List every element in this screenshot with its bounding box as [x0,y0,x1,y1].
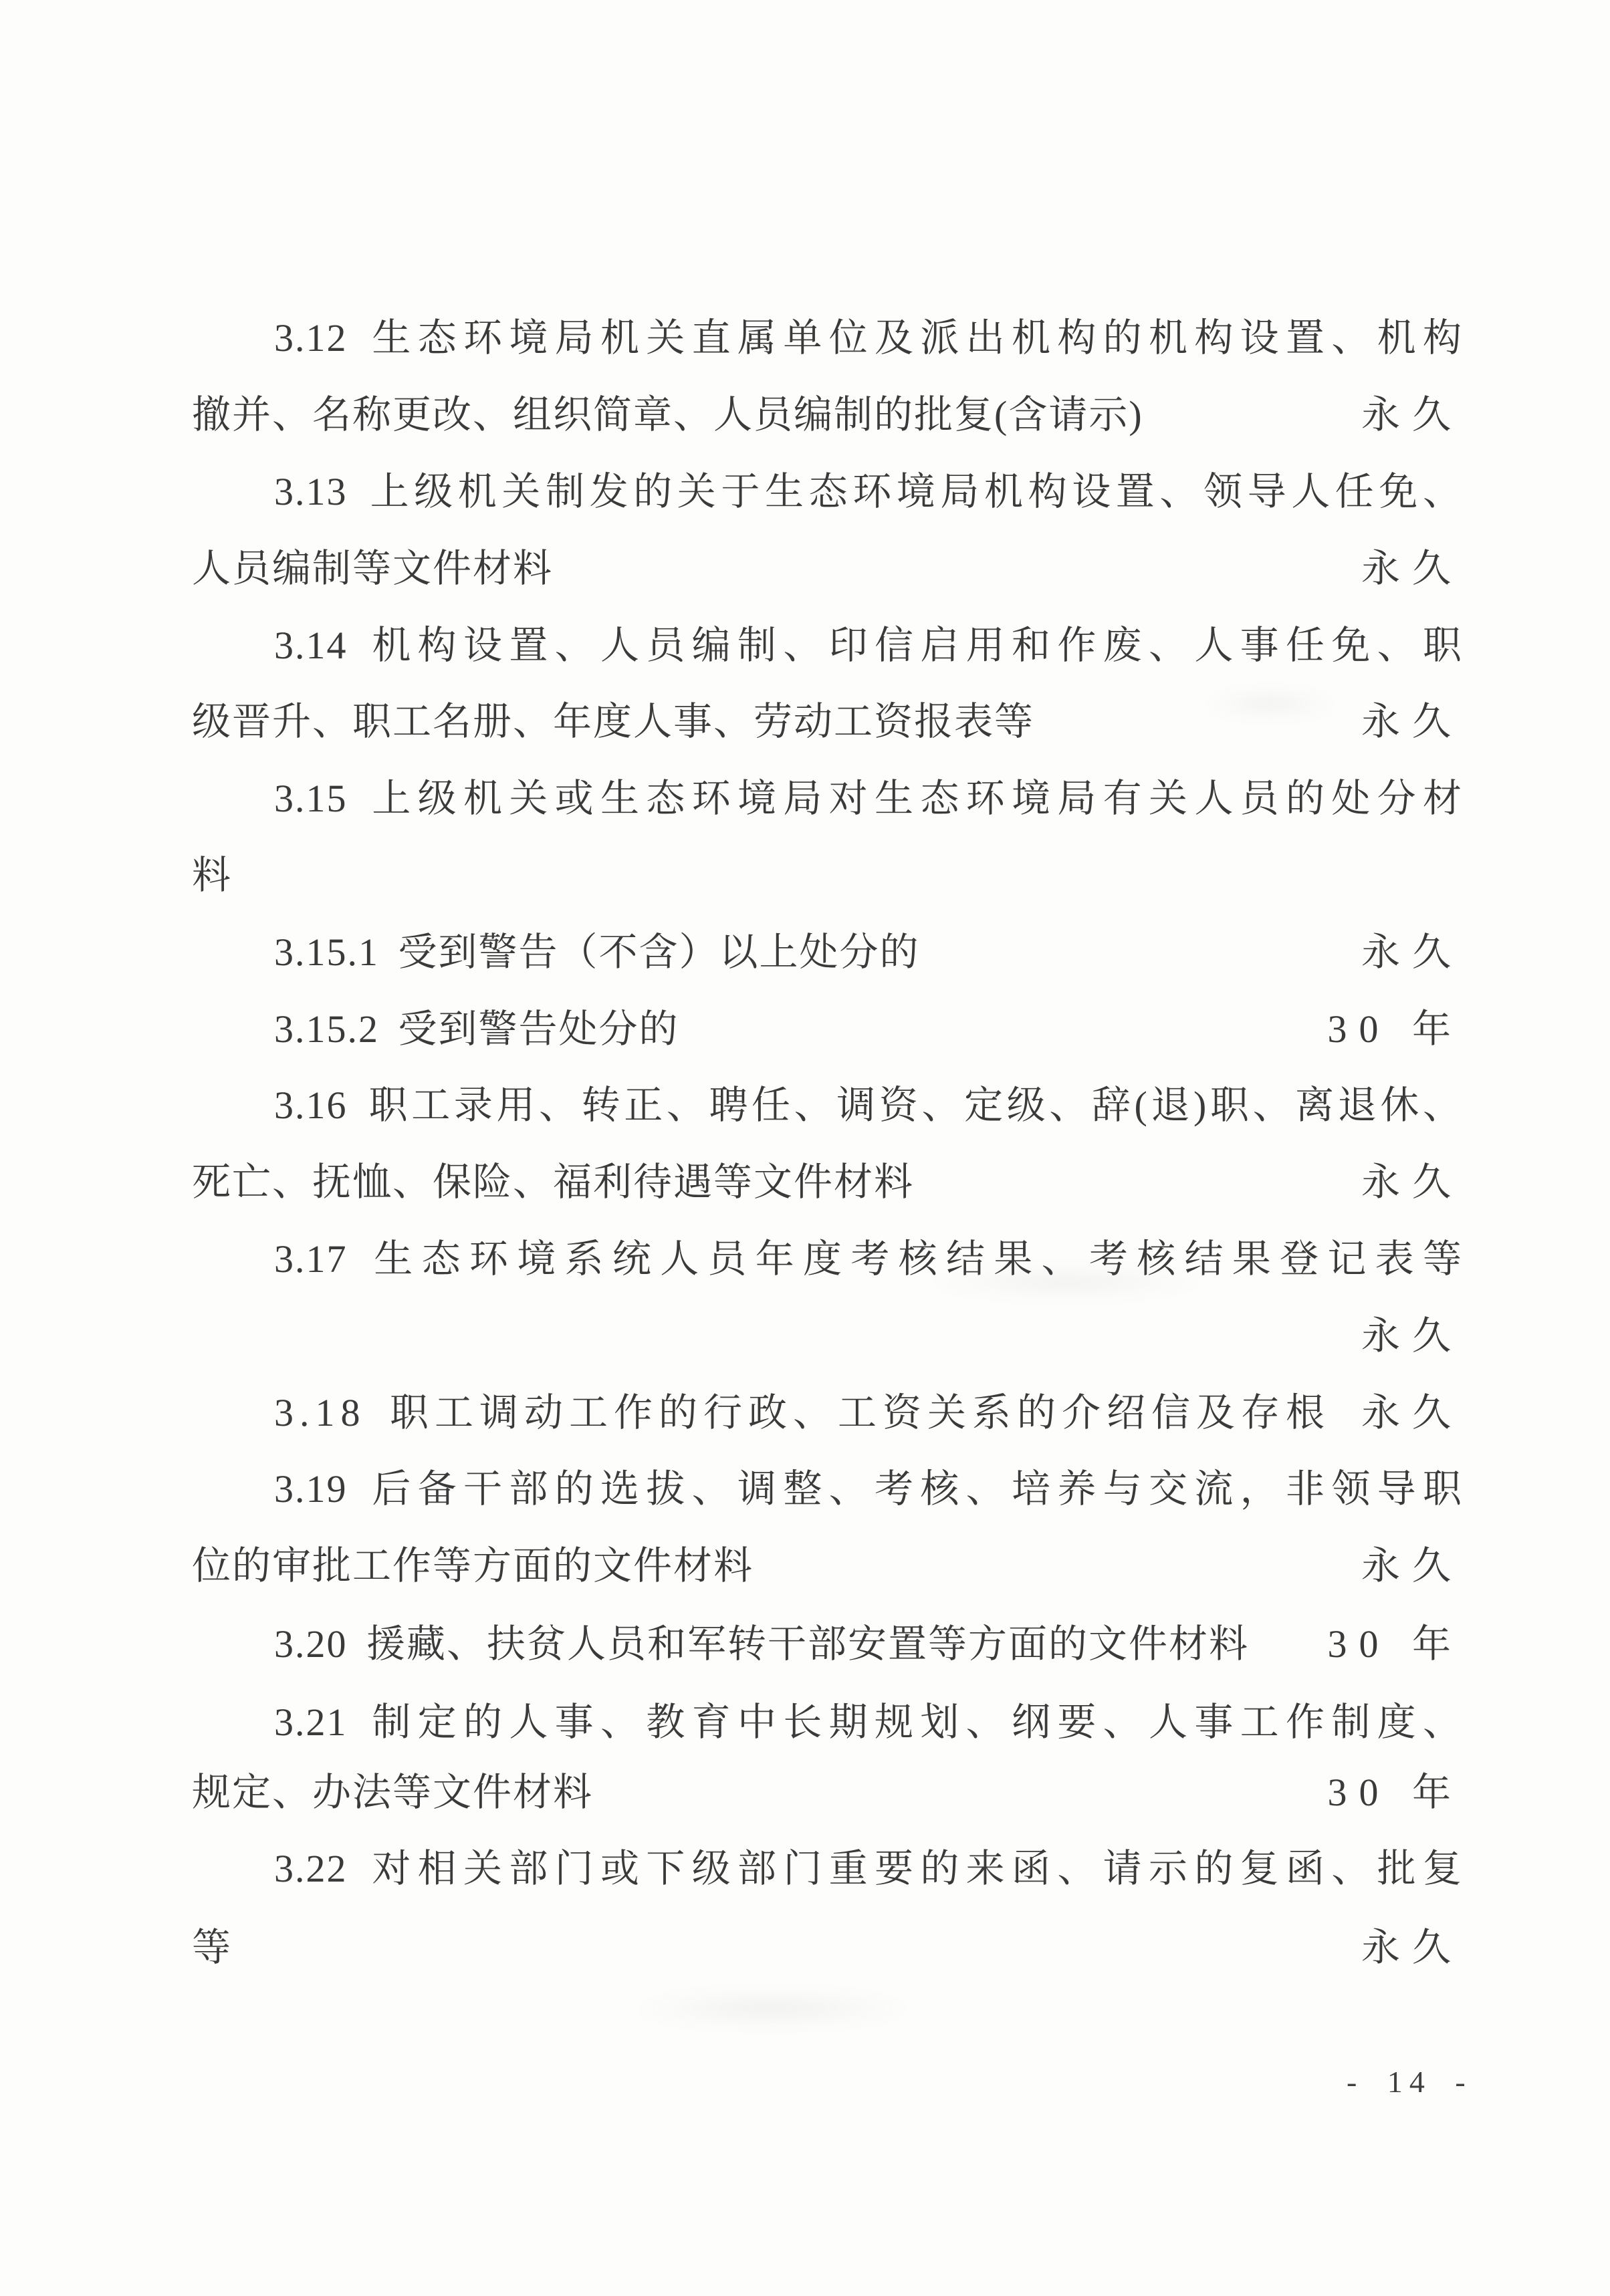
item-text: 等 [192,1926,232,1969]
doc-line-3.16: 3.16 职工录用、转正、聘任、调资、定级、辞(退)职、离退休、 [192,1084,1451,1127]
doc-line-3.22-cont: 等永久 [192,1926,1451,1969]
retention-label: 永久 [1361,1161,1463,1204]
item-text: 3.16 职工录用、转正、聘任、调资、定级、辞(退)职、离退休、 [274,1084,1463,1127]
doc-line-3.21: 3.21 制定的人事、教育中长期规划、纲要、人事工作制度、 [192,1701,1451,1744]
item-text: 3.12 生态环境局机关直属单位及派出机构的机构设置、机构 [274,317,1463,360]
doc-line-3.14: 3.14 机构设置、人员编制、印信启用和作废、人事任免、职 [192,624,1451,667]
item-text: 人员编制等文件材料 [192,547,553,590]
item-text: 3.13 上级机关制发的关于生态环境局机构设置、领导人任免、 [274,471,1463,513]
doc-line-3.21-cont: 规定、办法等文件材料30 年 [192,1771,1451,1814]
document-page: 3.12 生态环境局机关直属单位及派出机构的机构设置、机构 撤并、名称更改、组织… [0,0,1610,2296]
item-text: 3.21 制定的人事、教育中长期规划、纲要、人事工作制度、 [274,1701,1463,1744]
retention-label: 永久 [1361,1315,1463,1358]
item-text: 3.17 生态环境系统人员年度考核结果、考核结果登记表等 [274,1238,1463,1281]
doc-line-3.13-cont: 人员编制等文件材料永久 [192,547,1451,590]
doc-line-3.18: 3.18 职工调动工作的行政、工资关系的介绍信及存根永久 [192,1392,1451,1434]
doc-line-3.19-cont: 位的审批工作等方面的文件材料永久 [192,1545,1451,1587]
retention-label: 永久 [1361,931,1463,974]
doc-line-3.15.2: 3.15.2 受到警告处分的30 年 [192,1008,1451,1051]
doc-line-3.16-cont: 死亡、抚恤、保险、福利待遇等文件材料永久 [192,1161,1451,1204]
item-text: 3.18 职工调动工作的行政、工资关系的介绍信及存根 [274,1392,1331,1434]
item-text: 3.15.2 受到警告处分的 [274,1008,679,1051]
item-text: 位的审批工作等方面的文件材料 [192,1545,754,1587]
retention-label: 永久 [1361,547,1463,590]
item-text: 级晋升、职工名册、年度人事、劳动工资报表等 [192,700,1034,743]
doc-line-3.12: 3.12 生态环境局机关直属单位及派出机构的机构设置、机构 [192,317,1451,360]
item-text: 3.15.1 受到警告（不含）以上处分的 [274,931,920,974]
doc-line-3.15.1: 3.15.1 受到警告（不含）以上处分的永久 [192,931,1451,974]
doc-line-3.15-cont: 料 [192,854,1451,897]
retention-label: 永久 [1361,1392,1463,1434]
doc-line-3.15: 3.15 上级机关或生态环境局对生态环境局有关人员的处分材 [192,777,1451,820]
doc-line-3.20: 3.20 援藏、扶贫人员和军转干部安置等方面的文件材料30 年 [192,1623,1451,1666]
item-text: 3.22 对相关部门或下级部门重要的来函、请示的复函、批复 [274,1847,1463,1890]
retention-label: 30 年 [1327,1623,1463,1666]
retention-label: 30 年 [1327,1771,1463,1814]
item-text: 料 [192,854,232,897]
item-text: 3.20 援藏、扶贫人员和军转干部安置等方面的文件材料 [274,1623,1249,1666]
doc-line-3.13: 3.13 上级机关制发的关于生态环境局机构设置、领导人任免、 [192,471,1451,513]
item-text: 死亡、抚恤、保险、福利待遇等文件材料 [192,1161,914,1204]
item-text: 规定、办法等文件材料 [192,1771,593,1814]
retention-label: 永久 [1361,1545,1463,1587]
item-text: 3.19 后备干部的选拔、调整、考核、培养与交流，非领导职 [274,1468,1463,1511]
retention-label: 永久 [1361,700,1463,743]
item-text: 3.14 机构设置、人员编制、印信启用和作废、人事任免、职 [274,624,1463,667]
doc-line-3.14-cont: 级晋升、职工名册、年度人事、劳动工资报表等永久 [192,700,1451,743]
item-text: 3.15 上级机关或生态环境局对生态环境局有关人员的处分材 [274,777,1463,820]
retention-label: 永久 [1361,1926,1463,1969]
item-text: 撤并、名称更改、组织简章、人员编制的批复(含请示) [192,394,1143,436]
doc-line-3.22: 3.22 对相关部门或下级部门重要的来函、请示的复函、批复 [192,1847,1451,1890]
page-number: - 14 - [1347,2064,1472,2099]
doc-line-3.17-retention: 永久 [192,1315,1451,1358]
doc-line-3.12-cont: 撤并、名称更改、组织简章、人员编制的批复(含请示)永久 [192,394,1451,436]
doc-line-3.17: 3.17 生态环境系统人员年度考核结果、考核结果登记表等 [192,1238,1451,1281]
retention-label: 30 年 [1327,1008,1463,1051]
retention-label: 永久 [1361,394,1463,436]
doc-line-3.19: 3.19 后备干部的选拔、调整、考核、培养与交流，非领导职 [192,1468,1451,1511]
scan-smudge [628,1989,916,2029]
